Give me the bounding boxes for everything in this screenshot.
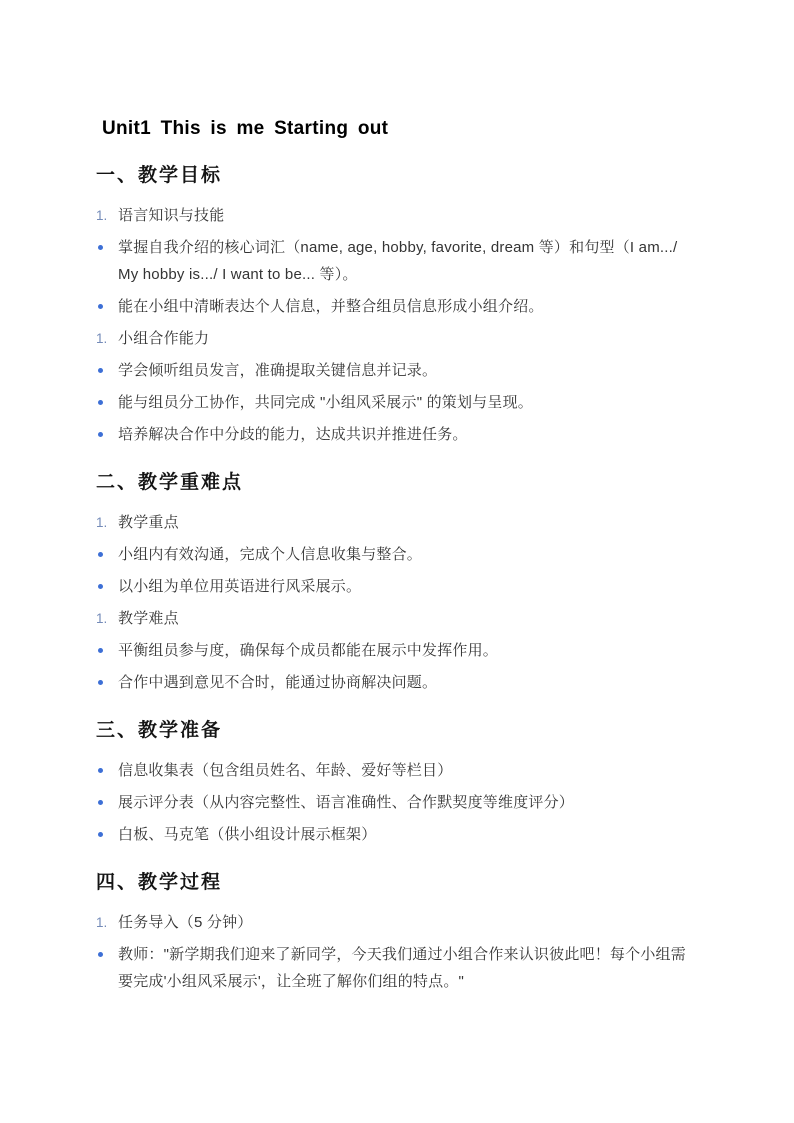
item-list: 1.语言知识与技能掌握自我介绍的核心词汇（name, age, hobby, f… — [96, 202, 698, 448]
bullet-icon — [98, 432, 103, 437]
bullet-icon — [98, 800, 103, 805]
list-item: 展示评分表（从内容完整性、语言准确性、合作默契度等维度评分） — [96, 789, 698, 816]
bullet-icon — [98, 552, 103, 557]
bullet-icon — [98, 952, 103, 957]
list-item-text: 展示评分表（从内容完整性、语言准确性、合作默契度等维度评分） — [118, 794, 574, 811]
list-item-text: 平衡组员参与度，确保每个成员都能在展示中发挥作用。 — [118, 642, 498, 659]
list-item: 1.任务导入（5 分钟） — [96, 909, 698, 936]
list-item-text: 掌握自我介绍的核心词汇（name, age, hobby, favorite, … — [118, 239, 677, 283]
document-body: 一、教学目标1.语言知识与技能掌握自我介绍的核心词汇（name, age, ho… — [96, 163, 698, 995]
document-title: Unit1 This is me Starting out — [102, 118, 698, 139]
list-item: 培养解决合作中分歧的能力，达成共识并推进任务。 — [96, 421, 698, 448]
list-item: 教师："新学期我们迎来了新同学，今天我们通过小组合作来认识彼此吧！每个小组需要完… — [96, 941, 698, 995]
list-item: 小组内有效沟通，完成个人信息收集与整合。 — [96, 541, 698, 568]
document-page: Unit1 This is me Starting out 一、教学目标1.语言… — [0, 0, 794, 1123]
list-item-text: 教学难点 — [118, 610, 179, 627]
list-item-text: 教师："新学期我们迎来了新同学，今天我们通过小组合作来认识彼此吧！每个小组需要完… — [118, 946, 686, 990]
bullet-icon — [98, 304, 103, 309]
list-item-text: 小组内有效沟通，完成个人信息收集与整合。 — [118, 546, 422, 563]
bullet-icon — [98, 768, 103, 773]
list-number-marker: 1. — [96, 605, 107, 632]
list-item: 能与组员分工协作，共同完成 "小组风采展示" 的策划与呈现。 — [96, 389, 698, 416]
bullet-icon — [98, 648, 103, 653]
document-section: 三、教学准备信息收集表（包含组员姓名、年龄、爱好等栏目）展示评分表（从内容完整性… — [96, 718, 698, 848]
list-item: 学会倾听组员发言，准确提取关键信息并记录。 — [96, 357, 698, 384]
list-item-text: 语言知识与技能 — [118, 207, 224, 224]
list-item-text: 任务导入（5 分钟） — [118, 914, 253, 931]
list-item-text: 培养解决合作中分歧的能力，达成共识并推进任务。 — [118, 426, 468, 443]
document-section: 二、教学重难点1.教学重点小组内有效沟通，完成个人信息收集与整合。以小组为单位用… — [96, 470, 698, 696]
section-heading: 二、教学重难点 — [96, 470, 698, 495]
list-item: 信息收集表（包含组员姓名、年龄、爱好等栏目） — [96, 757, 698, 784]
bullet-icon — [98, 832, 103, 837]
list-item: 能在小组中清晰表达个人信息，并整合组员信息形成小组介绍。 — [96, 293, 698, 320]
document-section: 四、教学过程1.任务导入（5 分钟）教师："新学期我们迎来了新同学，今天我们通过… — [96, 870, 698, 995]
list-number-marker: 1. — [96, 202, 107, 229]
list-item: 合作中遇到意见不合时，能通过协商解决问题。 — [96, 669, 698, 696]
list-item-text: 能与组员分工协作，共同完成 "小组风采展示" 的策划与呈现。 — [118, 394, 533, 411]
list-number-marker: 1. — [96, 509, 107, 536]
list-item-text: 合作中遇到意见不合时，能通过协商解决问题。 — [118, 674, 437, 691]
list-item-text: 白板、马克笔（供小组设计展示框架） — [118, 826, 376, 843]
bullet-icon — [98, 400, 103, 405]
list-item-text: 信息收集表（包含组员姓名、年龄、爱好等栏目） — [118, 762, 452, 779]
item-list: 信息收集表（包含组员姓名、年龄、爱好等栏目）展示评分表（从内容完整性、语言准确性… — [96, 757, 698, 848]
list-item: 1.语言知识与技能 — [96, 202, 698, 229]
list-item-text: 学会倾听组员发言，准确提取关键信息并记录。 — [118, 362, 437, 379]
list-item-text: 教学重点 — [118, 514, 179, 531]
list-item-text: 能在小组中清晰表达个人信息，并整合组员信息形成小组介绍。 — [118, 298, 544, 315]
list-item: 1.教学难点 — [96, 605, 698, 632]
list-item: 掌握自我介绍的核心词汇（name, age, hobby, favorite, … — [96, 234, 698, 288]
list-number-marker: 1. — [96, 325, 107, 352]
list-item: 1.小组合作能力 — [96, 325, 698, 352]
section-heading: 一、教学目标 — [96, 163, 698, 188]
bullet-icon — [98, 368, 103, 373]
bullet-icon — [98, 245, 103, 250]
item-list: 1.任务导入（5 分钟）教师："新学期我们迎来了新同学，今天我们通过小组合作来认… — [96, 909, 698, 995]
section-heading: 四、教学过程 — [96, 870, 698, 895]
document-section: 一、教学目标1.语言知识与技能掌握自我介绍的核心词汇（name, age, ho… — [96, 163, 698, 448]
bullet-icon — [98, 680, 103, 685]
list-item-text: 小组合作能力 — [118, 330, 209, 347]
list-item: 以小组为单位用英语进行风采展示。 — [96, 573, 698, 600]
list-item-text: 以小组为单位用英语进行风采展示。 — [118, 578, 361, 595]
list-item: 1.教学重点 — [96, 509, 698, 536]
item-list: 1.教学重点小组内有效沟通，完成个人信息收集与整合。以小组为单位用英语进行风采展… — [96, 509, 698, 696]
list-number-marker: 1. — [96, 909, 107, 936]
section-heading: 三、教学准备 — [96, 718, 698, 743]
list-item: 平衡组员参与度，确保每个成员都能在展示中发挥作用。 — [96, 637, 698, 664]
bullet-icon — [98, 584, 103, 589]
list-item: 白板、马克笔（供小组设计展示框架） — [96, 821, 698, 848]
